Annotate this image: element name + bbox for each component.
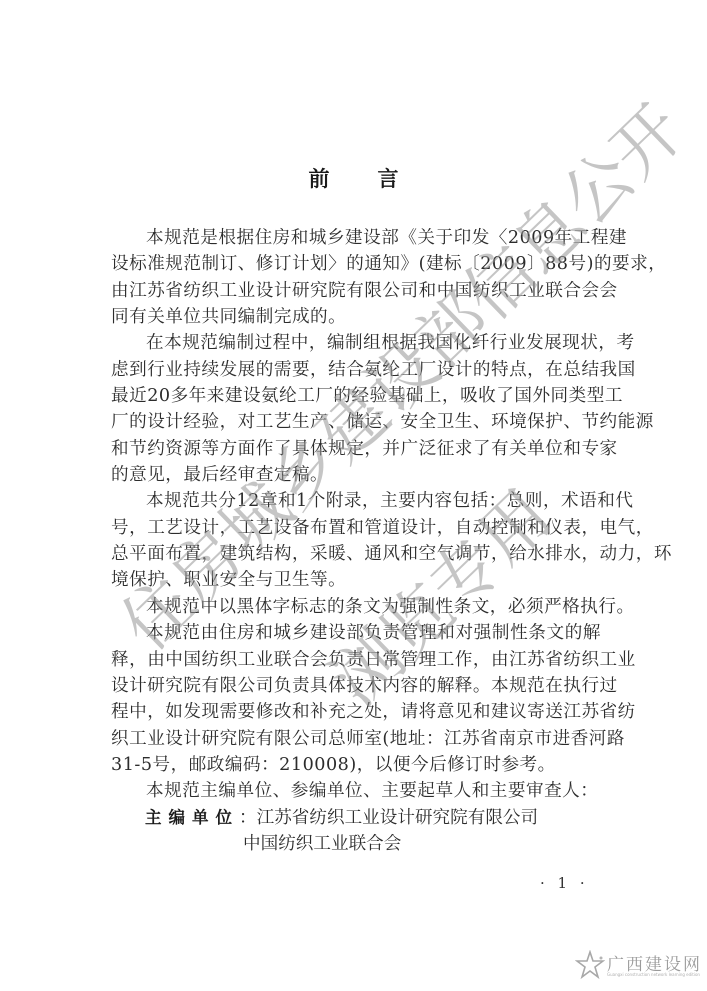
text-line: 厂的设计经验，对工艺生产、储运、安全卫生、环境保护、节约能源 (111, 409, 601, 435)
text-line: 本规范共分12章和1个附录，主要内容包括：总则，术语和代 (111, 488, 601, 514)
title-char-2: 言 (378, 163, 399, 193)
text-line: 由江苏省纺织工业设计研究院有限公司和中国纺织工业联合会会 (111, 278, 601, 304)
text-line: 本规范由住房和城乡建设部负责管理和对强制性条文的解 (111, 620, 601, 646)
text-line: 程中，如发现需要修改和补充之处，请将意见和建议寄送江苏省纺 (111, 699, 601, 725)
paragraph-3: 本规范共分12章和1个附录，主要内容包括：总则，术语和代 号，工艺设计，工艺设备… (111, 488, 601, 593)
text-line: 虑到行业持续发展的需要，结合氨纶工厂设计的特点，在总结我国 (111, 357, 601, 383)
paragraph-5: 本规范由住房和城乡建设部负责管理和对强制性条文的解 释，由中国纺织工业联合会负责… (111, 620, 601, 778)
star-logo-icon (575, 950, 605, 980)
text-line: 境保护、职业安全与卫生等。 (111, 567, 601, 593)
chief-editors: 主编单位：江苏省纺织工业设计研究院有限公司 中国纺织工业联合会 (111, 805, 601, 858)
text-line: 31-5号，邮政编码：210008)，以便今后修订时参考。 (111, 752, 601, 778)
page-number: · 1 · (540, 874, 589, 892)
title-char-1: 前 (309, 163, 330, 193)
text-line: 设计研究院有限公司负责具体技术内容的解释。本规范在执行过 (111, 673, 601, 699)
logo-subtitle: Guangxi construction network learning ed… (607, 972, 700, 977)
text-line: 在本规范编制过程中，编制组根据我国化纤行业发展现状，考 (111, 330, 601, 356)
text-line: 释，由中国纺织工业联合会负责日常管理工作，由江苏省纺织工业 (111, 647, 601, 673)
paragraph-6: 本规范主编单位、参编单位、主要起草人和主要审查人： (111, 778, 601, 804)
chief-editor-unit-1: 江苏省纺织工业设计研究院有限公司 (257, 808, 539, 828)
text-line: 和节约资源等方面作了具体规定，并广泛征求了有关单位和专家 (111, 436, 601, 462)
label-separator: ： (239, 808, 257, 828)
text-line: 设标准规范制订、修订计划〉的通知》(建标〔2009〕88号)的要求， (111, 251, 601, 277)
text-line: 总平面布置，建筑结构，采暖、通风和空气调节，给水排水，动力，环 (111, 541, 601, 567)
text-line: 号，工艺设计，工艺设备布置和管道设计，自动控制和仪表，电气， (111, 515, 601, 541)
text-line: 最近20多年来建设氨纶工厂的经验基础上，吸收了国外同类型工 (111, 383, 601, 409)
text-line: 织工业设计研究院有限公司总师室(地址：江苏省南京市进香河路 (111, 726, 601, 752)
paragraph-4: 本规范中以黑体字标志的条文为强制性条文，必须严格执行。 (111, 594, 601, 620)
page-title: 前言 (0, 163, 707, 193)
chief-editor-unit-2: 中国纺织工业联合会 (111, 831, 601, 857)
text-line: 本规范中以黑体字标志的条文为强制性条文，必须严格执行。 (111, 594, 601, 620)
text-line: 的意见，最后经审查定稿。 (111, 462, 601, 488)
site-logo: 广西建设网 Guangxi construction network learn… (575, 950, 705, 982)
text-line: 同有关单位共同编制完成的。 (111, 304, 601, 330)
chief-editor-label: 主编单位 (145, 808, 239, 827)
preface-body: 本规范是根据住房和城乡建设部《关于印发〈2009年工程建 设标准规范制订、修订计… (111, 225, 601, 857)
document-page: 前言 本规范是根据住房和城乡建设部《关于印发〈2009年工程建 设标准规范制订、… (0, 0, 707, 991)
text-line: 本规范是根据住房和城乡建设部《关于印发〈2009年工程建 (111, 225, 601, 251)
chief-editor-row: 主编单位：江苏省纺织工业设计研究院有限公司 (111, 805, 601, 831)
paragraph-2: 在本规范编制过程中，编制组根据我国化纤行业发展现状，考 虑到行业持续发展的需要，… (111, 330, 601, 488)
paragraph-1: 本规范是根据住房和城乡建设部《关于印发〈2009年工程建 设标准规范制订、修订计… (111, 225, 601, 330)
text-line: 本规范主编单位、参编单位、主要起草人和主要审查人： (111, 778, 601, 804)
